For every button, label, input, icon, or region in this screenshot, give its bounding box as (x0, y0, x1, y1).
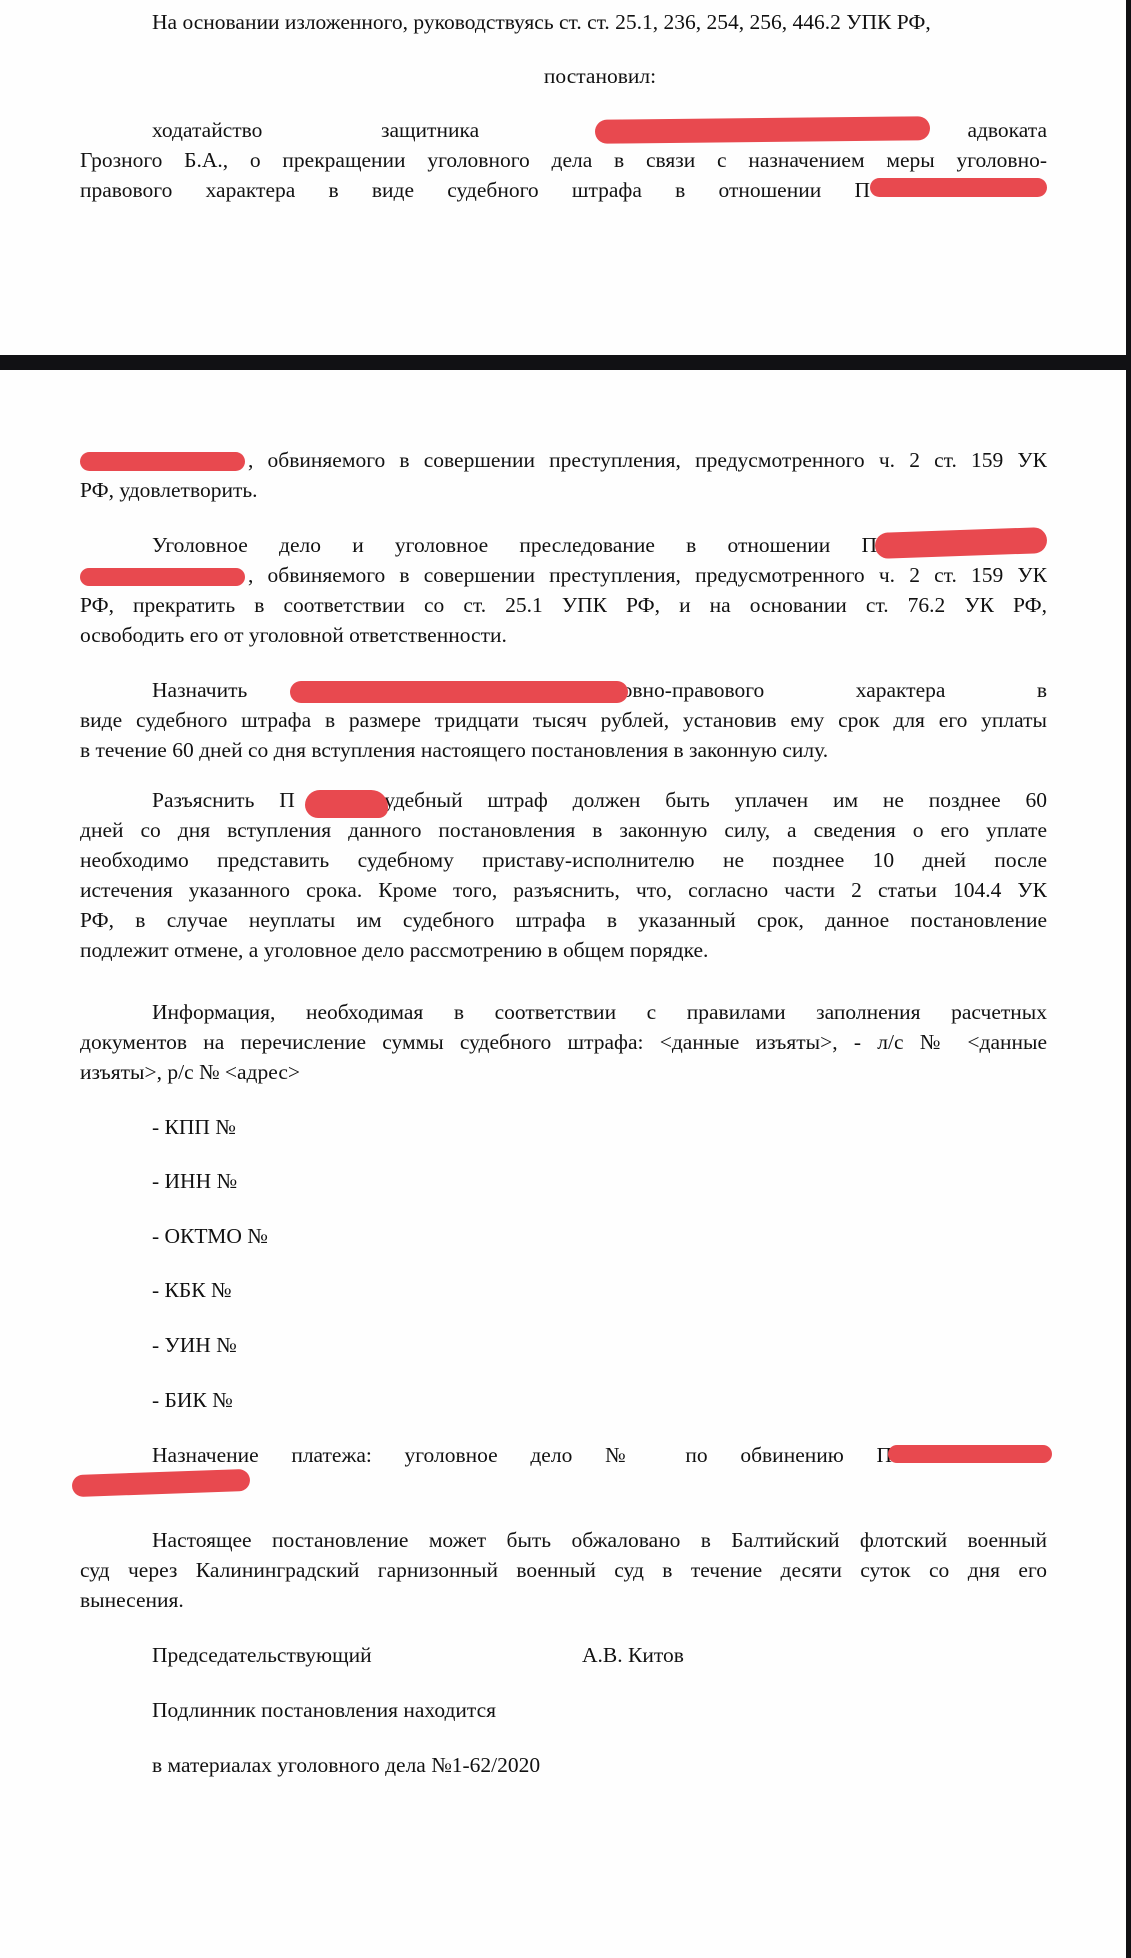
satisfy-line-2: РФ, удовлетворить. (80, 475, 258, 505)
original-location-note-2: в материалах уголовного дела №1-62/2020 (152, 1750, 540, 1780)
decision-heading: постановил: (480, 61, 720, 91)
redaction-mark (80, 452, 245, 471)
explain-line-3: необходимо представить судебному пристав… (80, 845, 1047, 875)
payment-field-bik: - БИК № (152, 1385, 233, 1415)
original-location-note-1: Подлинник постановления находится (152, 1695, 496, 1725)
appeal-line-3: вынесения. (80, 1585, 184, 1615)
explain-line-1: Разъяснить П что судебный штраф должен б… (152, 785, 1047, 815)
satisfy-line-1: , обвиняемого в совершении преступления,… (248, 445, 1047, 475)
appeal-line-1: Настоящее постановление может быть обжал… (152, 1525, 1047, 1555)
purpose-line-1: Назначение платежа: уголовное дело № по … (152, 1440, 892, 1470)
appeal-line-2: суд через Калининградский гарнизонный во… (80, 1555, 1047, 1585)
signature-role: Председательствующий (152, 1640, 372, 1670)
page-separator (0, 355, 1131, 371)
redaction-mark (595, 116, 930, 144)
terminate-line-3: РФ, прекратить в соответствии со ст. 25.… (80, 590, 1047, 620)
signature-name: А.В. Китов (582, 1640, 684, 1670)
payment-field-oktmo: - ОКТМО № (152, 1221, 268, 1251)
terminate-line-1: Уголовное дело и уголовное преследование… (152, 530, 877, 560)
assign-line-3: в течение 60 дней со дня вступления наст… (80, 735, 828, 765)
redaction-mark (80, 568, 245, 586)
explain-line-6: подлежит отмене, а уголовное дело рассмо… (80, 935, 708, 965)
window-edge-border (1126, 0, 1131, 1958)
preamble-line: На основании изложенного, руководствуясь… (152, 7, 931, 37)
redaction-mark (290, 681, 628, 703)
payment-field-uin: - УИН № (152, 1330, 237, 1360)
petition-line-3: правового характера в виде судебного штр… (80, 175, 870, 205)
info-line-1: Информация, необходимая в соответствии с… (152, 997, 1047, 1027)
redaction-mark (305, 790, 388, 818)
redaction-mark (888, 1445, 1052, 1463)
explain-line-2: дней со дня вступления данного постановл… (80, 815, 1047, 845)
terminate-line-4: освободить его от уголовной ответственно… (80, 620, 507, 650)
assign-line-2: виде судебного штрафа в размере тридцати… (80, 705, 1047, 735)
info-line-2: документов на перечисление суммы судебно… (80, 1027, 1047, 1057)
payment-field-kbk: - КБК № (152, 1275, 231, 1305)
info-line-3: изъяты>, р/с № <адрес> (80, 1057, 300, 1087)
explain-line-4: истечения указанного срока. Кроме того, … (80, 875, 1047, 905)
petition-line-2: Грозного Б.А., о прекращении уголовного … (80, 145, 1047, 175)
payment-field-kpp: - КПП № (152, 1112, 236, 1142)
payment-field-inn: - ИНН № (152, 1166, 237, 1196)
redaction-mark (870, 178, 1047, 197)
explain-line-5: РФ, в случае неуплаты им судебного штраф… (80, 905, 1047, 935)
terminate-line-2: , обвиняемого в совершении преступления,… (248, 560, 1047, 590)
